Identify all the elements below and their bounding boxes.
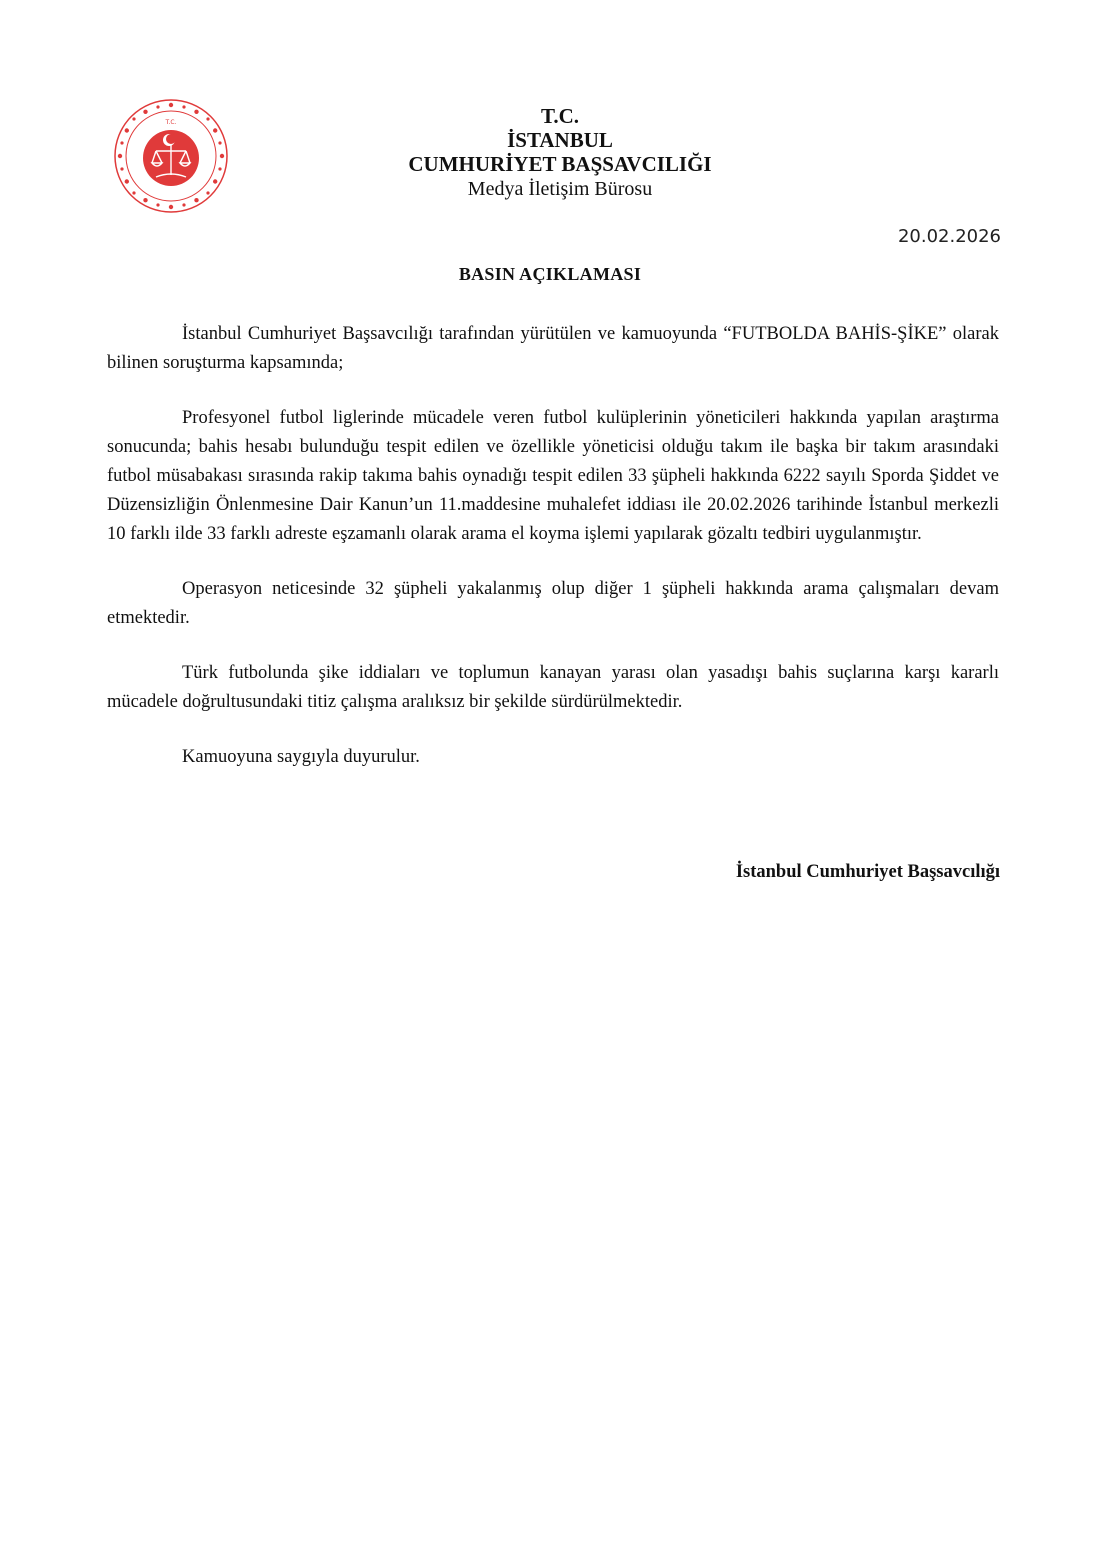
- paragraph: Profesyonel futbol liglerinde mücadele v…: [107, 404, 999, 549]
- svg-text:T.C.: T.C.: [165, 119, 177, 126]
- document-date: 20.02.2026: [898, 226, 1001, 247]
- letterhead-line-tc: T.C.: [300, 104, 820, 128]
- letterhead-line-city: İSTANBUL: [300, 128, 820, 152]
- justice-seal-icon: T.C.: [112, 97, 230, 215]
- letterhead: T.C. İSTANBUL CUMHURİYET BAŞSAVCILIĞI Me…: [300, 104, 820, 202]
- document-body: İstanbul Cumhuriyet Başsavcılığı tarafın…: [107, 320, 999, 798]
- document-title: BASIN AÇIKLAMASI: [0, 264, 1100, 285]
- paragraph: Operasyon neticesinde 32 şüpheli yakalan…: [107, 575, 999, 633]
- paragraph: Türk futbolunda şike iddiaları ve toplum…: [107, 659, 999, 717]
- letterhead-line-bureau: Medya İletişim Bürosu: [300, 176, 820, 202]
- paragraph: İstanbul Cumhuriyet Başsavcılığı tarafın…: [107, 320, 999, 378]
- signature: İstanbul Cumhuriyet Başsavcılığı: [736, 862, 1000, 883]
- letterhead-line-office: CUMHURİYET BAŞSAVCILIĞI: [300, 152, 820, 176]
- closing-paragraph: Kamuoyuna saygıyla duyurulur.: [107, 743, 999, 772]
